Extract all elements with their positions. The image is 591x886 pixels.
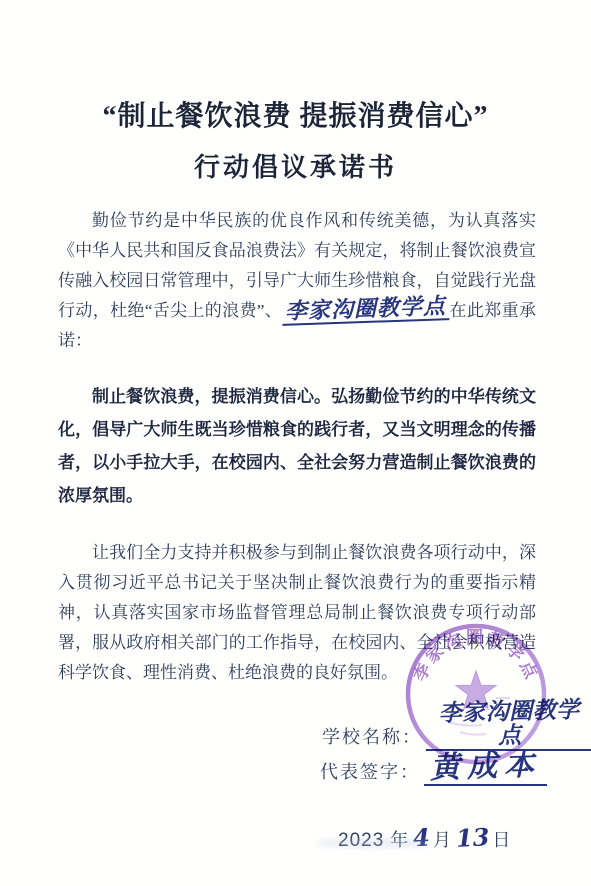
document-title: “制止餐饮浪费 提振消费信心”	[0, 94, 591, 134]
school-name-underline: 李家沟圈教学点	[426, 700, 591, 751]
date-day-unit: 日	[492, 826, 510, 852]
representative-signature-label: 代表签字：	[320, 758, 420, 786]
handwritten-day: 13	[455, 822, 490, 853]
document-subtitle: 行动倡议承诺书	[0, 147, 591, 184]
paragraph-intro: 勤俭节约是中华民族的优良作风和传统美德，为认真落实《中华人民共和国反食品浪费法》…	[58, 206, 536, 356]
handwritten-signature: 黄成本	[430, 750, 542, 784]
handwritten-school-name-inline: 李家沟圈教学点	[282, 295, 450, 326]
handwritten-month: 4	[413, 823, 431, 853]
scan-smudge	[315, 838, 430, 848]
school-name-row: 学校名称： 李家沟圈教学点	[322, 700, 591, 751]
representative-signature-row: 代表签字： 黄成本	[320, 752, 547, 786]
school-name-label: 学校名称：	[322, 723, 422, 751]
document-page: “制止餐饮浪费 提振消费信心” 行动倡议承诺书 勤俭节约是中华民族的优良作风和传…	[0, 0, 591, 886]
representative-signature-underline: 黄成本	[424, 752, 547, 786]
paragraph-commitment: 制止餐饮浪费，提振消费信心。弘扬勤俭节约的中华传统文化，倡导广大师生既当珍惜粮食…	[58, 380, 536, 512]
handwritten-school-name: 李家沟圈教学点	[431, 698, 587, 750]
date-month-unit: 月	[433, 826, 451, 852]
paragraph-action: 让我们全力支持并积极参与到制止餐饮浪费各项行动中，深入贯彻习近平总书记关于坚决制…	[58, 538, 536, 688]
document-body: 勤俭节约是中华民族的优良作风和传统美德，为认真落实《中华人民共和国反食品浪费法》…	[58, 206, 536, 688]
